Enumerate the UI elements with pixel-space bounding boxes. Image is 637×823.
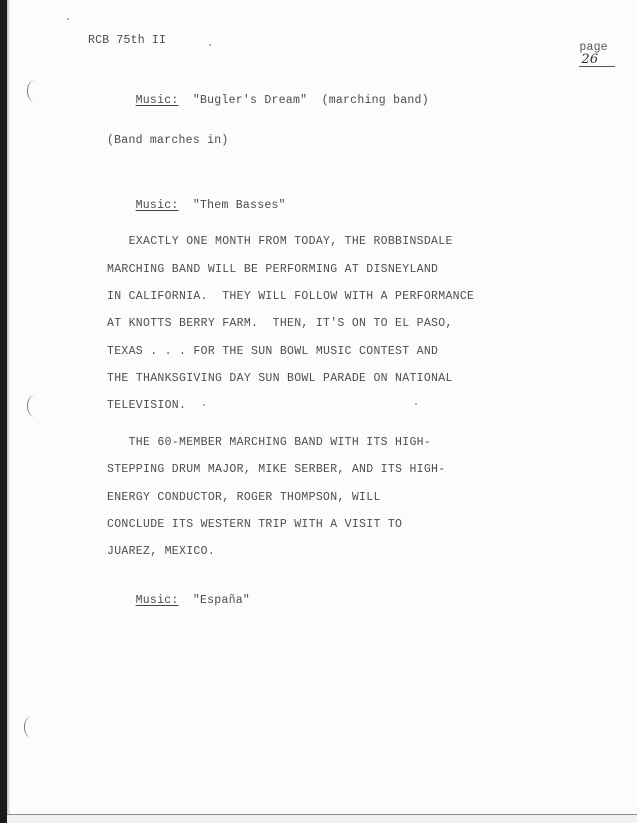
music-cue: Music: "Bugler's Dream" (marching band) — [107, 81, 429, 120]
scan-speck — [67, 18, 69, 20]
paragraph-line: MARCHING BAND WILL BE PERFORMING AT DISN… — [107, 263, 438, 276]
document-page: RCB 75th II page 26 Music: "Bugler's Dre… — [0, 0, 637, 823]
paragraph-line: ENERGY CONDUCTOR, ROGER THOMPSON, WILL — [107, 491, 381, 504]
music-cue: Music: "España" — [107, 581, 250, 620]
cue-label: Music: — [136, 94, 179, 107]
page-number: 26 — [579, 54, 615, 67]
scan-speck — [209, 44, 211, 46]
paragraph-line: EXACTLY ONE MONTH FROM TODAY, THE ROBBIN… — [107, 235, 453, 248]
paragraph-line: CONCLUDE ITS WESTERN TRIP WITH A VISIT T… — [107, 518, 402, 531]
scan-edge — [0, 0, 7, 823]
cue-label: Music: — [136, 199, 179, 212]
paragraph-line: JUAREZ, MEXICO. — [107, 545, 215, 558]
cue-label: Music: — [136, 594, 179, 607]
cue-title: "Them Basses" — [193, 199, 286, 212]
hole-punch-mark — [27, 80, 42, 102]
paragraph-line: THE THANKSGIVING DAY SUN BOWL PARADE ON … — [107, 372, 453, 385]
scan-speck — [415, 403, 417, 405]
paragraph-line: IN CALIFORNIA. THEY WILL FOLLOW WITH A P… — [107, 290, 474, 303]
paragraph-line: TELEVISION. — [107, 399, 186, 412]
scan-bottom-margin — [7, 815, 637, 823]
stage-direction: (Band marches in) — [107, 134, 229, 147]
scan-edge-shadow — [7, 0, 10, 823]
hole-punch-mark — [24, 716, 39, 738]
page-indicator: page 26 — [551, 28, 615, 81]
music-cue: Music: "Them Basses" — [107, 186, 286, 225]
cue-title: "España" — [193, 594, 250, 607]
paragraph-line: THE 60-MEMBER MARCHING BAND WITH ITS HIG… — [107, 436, 431, 449]
hole-punch-mark — [27, 395, 42, 417]
script-id: RCB 75th II — [88, 34, 166, 47]
paragraph-line: TEXAS . . . FOR THE SUN BOWL MUSIC CONTE… — [107, 345, 438, 358]
cue-title: "Bugler's Dream" — [193, 94, 307, 107]
scan-speck — [203, 404, 205, 406]
cue-note: (marching band) — [322, 94, 429, 107]
paragraph-line: STEPPING DRUM MAJOR, MIKE SERBER, AND IT… — [107, 463, 445, 476]
paragraph-line: AT KNOTTS BERRY FARM. THEN, IT'S ON TO E… — [107, 317, 453, 330]
